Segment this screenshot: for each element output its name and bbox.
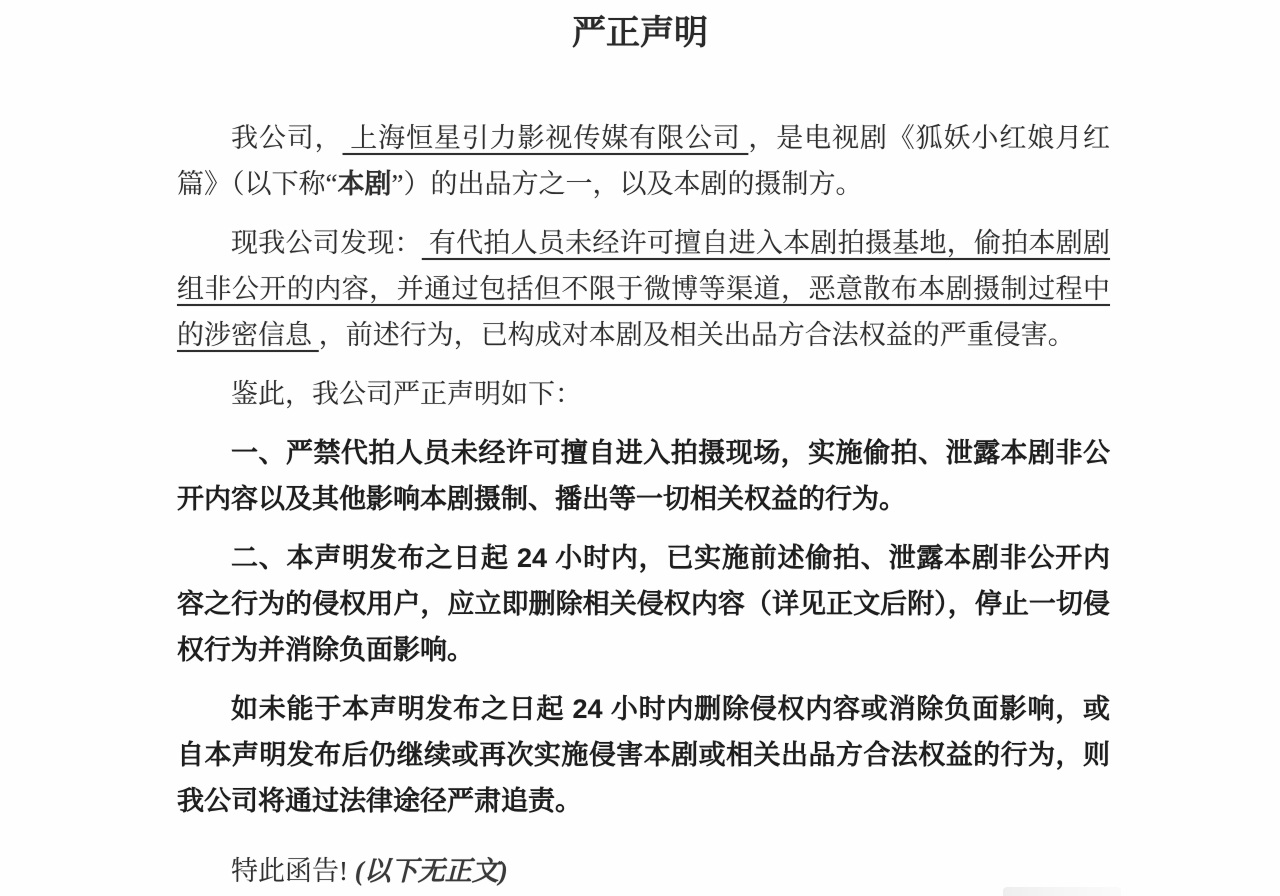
text-run: 特此函告!: [231, 856, 348, 886]
text-run: 我公司，: [231, 123, 343, 153]
watermark-artifact: [1003, 887, 1121, 896]
defined-term-bold: 本剧: [337, 169, 391, 199]
text-run: 鉴此，我公司严正声明如下：: [231, 379, 582, 409]
company-name-underlined: 上海恒星引力影视传媒有限公司: [343, 123, 749, 153]
document-title: 严正声明: [0, 10, 1280, 58]
paragraph-closing: 特此函告! (以下无正文): [177, 848, 1110, 894]
paragraph-clause-two: 二、本声明发布之日起 24 小时内，已实施前述偷拍、泄露本剧非公开内容之行为的侵…: [177, 535, 1110, 673]
text-run: ，前述行为，已构成对本剧及相关出品方合法权益的严重侵害。: [319, 320, 1075, 350]
text-run: ”）的出品方之一，以及本剧的摄制方。: [391, 169, 862, 199]
paragraph-consequence: 如未能于本声明发布之日起 24 小时内删除侵权内容或消除负面影响，或自本声明发布…: [177, 686, 1110, 824]
text-run: 一、严禁代拍人员未经许可擅自进入拍摄现场，实施偷拍、泄露本剧非公开内容以及其他影…: [177, 438, 1110, 514]
text-run: 现我公司发现：: [231, 228, 422, 258]
text-run: 二、本声明发布之日起 24 小时内，已实施前述偷拍、泄露本剧非公开内容之行为的侵…: [177, 543, 1110, 665]
paragraph-clause-one: 一、严禁代拍人员未经许可擅自进入拍摄现场，实施偷拍、泄露本剧非公开内容以及其他影…: [177, 430, 1110, 522]
text-run: 如未能于本声明发布之日起 24 小时内删除侵权内容或消除负面影响，或自本声明发布…: [177, 694, 1110, 816]
paragraph-discovery: 现我公司发现： 有代拍人员未经许可擅自进入本剧拍摄基地，偷拍本剧剧组非公开的内容…: [177, 220, 1110, 358]
statement-document-page: 严正声明 我公司， 上海恒星引力影视传媒有限公司 ，是电视剧《狐妖小红娘月红篇》…: [0, 0, 1280, 896]
no-further-text-note: (以下无正文): [348, 856, 508, 886]
paragraph-declaration-lead: 鉴此，我公司严正声明如下：: [177, 371, 1110, 417]
paragraph-intro: 我公司， 上海恒星引力影视传媒有限公司 ，是电视剧《狐妖小红娘月红篇》（以下称“…: [177, 115, 1110, 207]
document-body: 我公司， 上海恒星引力影视传媒有限公司 ，是电视剧《狐妖小红娘月红篇》（以下称“…: [177, 58, 1110, 894]
